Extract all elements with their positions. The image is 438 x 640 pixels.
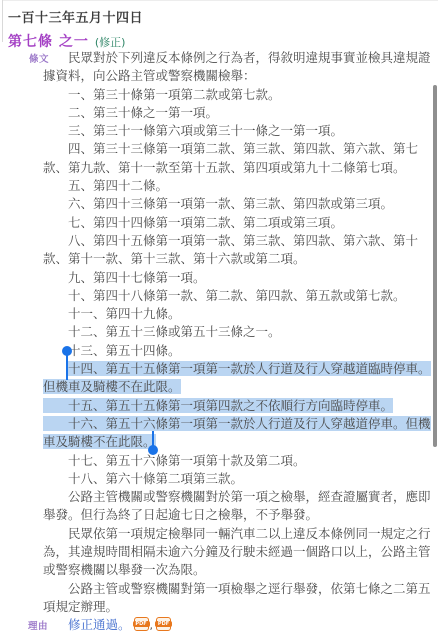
law-paragraph: 三、第三十一條第六項或第三十一條之一第一項。 — [43, 122, 432, 140]
law-paragraph: 六、第四十三條第一項第一款、第三款、第四款或第三項。 — [43, 195, 432, 213]
law-paragraph: 十七、第五十六條第一項第十款及第二項。 — [43, 452, 432, 470]
law-paragraph: 公路主管機關或警察機關對於第一項之檢舉，經查證屬實者，應即舉發。但行為終了日起逾… — [43, 488, 432, 525]
law-paragraph: 十一、第四十九條。 — [43, 305, 432, 323]
law-paragraph: 十五、第五十五條第一項第四款之不依順行方向臨時停車。 — [43, 397, 432, 415]
top-divider — [2, 0, 438, 1]
article-status-tag: (修正) — [95, 36, 126, 49]
pdf-icon-label: PDF — [155, 621, 172, 627]
law-paragraph: 八、第四十五條第一項第一款、第三款、第四款、第六款、第十款、第十一款、第十三款、… — [43, 232, 432, 269]
law-article-page: { "page": { "date": "一百十三年五月十四日", "artic… — [0, 0, 438, 640]
pdf-icon-label: PDF — [133, 621, 150, 627]
law-paragraph: 十二、第五十三條或第五十三條之一。 — [43, 323, 432, 341]
law-paragraph: 九、第四十七條第一項。 — [43, 269, 432, 287]
scrollbar-thumb[interactable] — [433, 85, 437, 447]
selected-text: 十五、第五十五條第一項第四款之不依順行方向臨時停車。 — [43, 398, 393, 413]
law-paragraph: 民眾對於下列違反本條例之行為者，得敘明違規事實並檢具違規證據資料，向公路主管或警… — [43, 49, 432, 86]
law-paragraph: 五、第四十二條。 — [43, 177, 432, 195]
selection-handle-knob[interactable] — [148, 445, 158, 455]
selected-text: 十六、第五十六條第一項第一款於人行道及行人穿越道停車。但機車及騎樓不在此限。 — [43, 416, 431, 449]
article-number: 第七條 之一 — [8, 34, 89, 50]
amendment-passed-link[interactable]: 修正通過。 — [68, 617, 131, 632]
law-paragraph: 二、第三十條之一第一項。 — [43, 104, 432, 122]
law-paragraph: 公路主管或警察機關對第一項檢舉之逕行舉發，依第七條之二第五項規定辦理。 — [43, 580, 432, 617]
article-header: 第七條 之一(修正) — [8, 31, 125, 51]
provision-section-label: 條文 — [29, 51, 49, 65]
icon-separator: , — [150, 619, 154, 632]
left-panel-edge — [2, 0, 3, 42]
law-paragraph: 七、第四十四條第一項第二款、第二項或第三項。 — [43, 214, 432, 232]
law-paragraph: 四、第三十三條第一項第二款、第三款、第四款、第六款、第七款、第九款、第十一款至第… — [43, 140, 432, 177]
selected-text: 十四、第五十五條第一項第一款於人行道及行人穿越道臨時停車。但機車及騎樓不在此限。 — [43, 361, 431, 394]
amendment-date: 一百十三年五月十四日 — [8, 7, 143, 26]
selection-caret — [66, 354, 68, 380]
pdf-file-icon[interactable]: PDF — [134, 617, 149, 631]
pdf-file-icon[interactable]: PDF — [156, 617, 171, 631]
reason-row: 理由 修正通過。PDF,PDF — [43, 616, 432, 635]
selection-caret — [152, 431, 154, 446]
law-paragraph: 十四、第五十五條第一項第一款於人行道及行人穿越道臨時停車。但機車及騎樓不在此限。 — [43, 360, 432, 397]
law-paragraph: 十三、第五十四條。 — [43, 342, 432, 360]
law-paragraph: 民眾依第一項規定檢舉同一輛汽車二以上違反本條例同一規定之行為，其違規時間相隔未逾… — [43, 525, 432, 580]
article-body: 民眾對於下列違反本條例之行為者，得敘明違規事實並檢具違規證據資料，向公路主管或警… — [43, 49, 432, 616]
reason-section-label: 理由 — [28, 618, 48, 636]
selection-handle-end[interactable] — [147, 431, 159, 457]
law-paragraph: 十、第四十八條第一款、第二款、第四款、第五款或第七款。 — [43, 287, 432, 305]
law-paragraph: 十六、第五十六條第一項第一款於人行道及行人穿越道停車。但機車及騎樓不在此限。 — [43, 415, 432, 452]
article-content: 條文 民眾對於下列違反本條例之行為者，得敘明違規事實並檢具違規證據資料，向公路主… — [0, 49, 438, 636]
selection-handle-start[interactable] — [61, 346, 73, 382]
law-paragraph: 十八、第六十條第二項第三款。 — [43, 470, 432, 488]
law-paragraph: 一、第三十條第一項第二款或第七款。 — [43, 86, 432, 104]
